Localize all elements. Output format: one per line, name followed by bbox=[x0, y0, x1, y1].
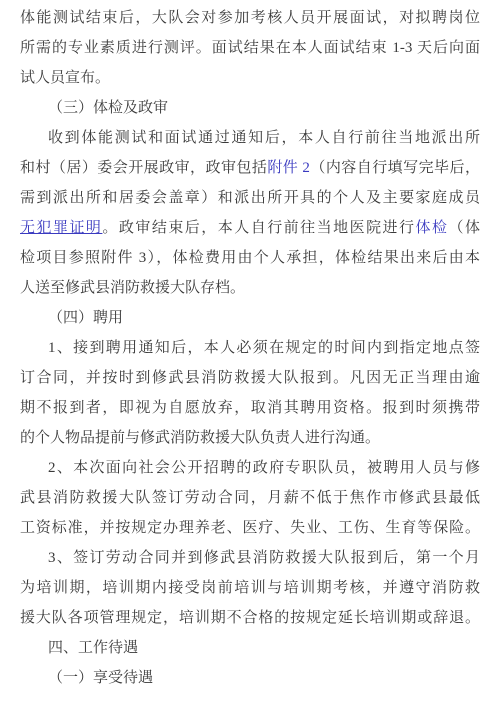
text-run: 的个人物品提前与修武消防救援大队负责人进行沟通。 bbox=[20, 430, 380, 446]
text-line: 和村（居）委会开展政审，政审包括附件 2（内容自行填写完毕后， bbox=[20, 153, 480, 183]
text-run: 检项目参照附件 3），体检费用由个人承担，体检结果出来后由本 bbox=[20, 250, 480, 266]
section-heading-employment: （四）聘用 bbox=[48, 310, 123, 326]
text-line: 检项目参照附件 3），体检费用由个人承担，体检结果出来后由本 bbox=[20, 243, 480, 273]
medical-exam-link[interactable]: 体检 bbox=[416, 220, 449, 236]
text-line: 无犯罪证明。政审结束后，本人自行前往当地医院进行体检（体 bbox=[20, 213, 480, 243]
text-line: 武县消防救援大队签订劳动合同，月薪不低于焦作市修武县最低 bbox=[20, 483, 480, 513]
text-line: 工资标准，并按规定办理养老、医疗、失业、工伤、生育等保险。 bbox=[20, 513, 480, 543]
text-line: 所需的专业素质进行测评。面试结果在本人面试结束 1-3 天后向面 bbox=[20, 33, 480, 63]
text-line: 1、接到聘用通知后，本人必须在规定的时间内到指定地点签 bbox=[20, 333, 480, 363]
text-run: 1、接到聘用通知后，本人必须在规定的时间内到指定地点签 bbox=[48, 340, 480, 356]
section-heading-benefits-enjoyed: （一）享受待遇 bbox=[48, 670, 153, 686]
text-line: 试人员宣布。 bbox=[20, 63, 480, 93]
document-body: 体能测试结束后，大队会对参加考核人员开展面试，对拟聘岗位所需的专业素质进行测评。… bbox=[20, 3, 480, 693]
text-run: 3、签订劳动合同并到修武县消防救援大队报到后，第一个月 bbox=[48, 550, 480, 566]
text-line: 体能测试结束后，大队会对参加考核人员开展面试，对拟聘岗位 bbox=[20, 3, 480, 33]
text-line: 援大队各项管理规定，培训期不合格的按规定延长培训期或辞退。 bbox=[20, 603, 480, 633]
text-line: （三）体检及政审 bbox=[20, 93, 480, 123]
text-line: 期不报到者，即视为自愿放弃，取消其聘用资格。报到时须携带 bbox=[20, 393, 480, 423]
text-run: 所需的专业素质进行测评。面试结果在本人面试结束 1-3 天后向面 bbox=[20, 40, 480, 56]
text-line: 2、本次面向社会公开招聘的政府专职队员，被聘用人员与修 bbox=[20, 453, 480, 483]
text-line: 为培训期，培训期内接受岗前培训与培训期考核，并遵守消防救 bbox=[20, 573, 480, 603]
text-run: 援大队各项管理规定，培训期不合格的按规定延长培训期或辞退。 bbox=[20, 610, 480, 626]
text-run: 为培训期，培训期内接受岗前培训与培训期考核，并遵守消防救 bbox=[20, 580, 480, 596]
text-run: （体 bbox=[448, 220, 479, 236]
text-run: （内容自行填写完毕后， bbox=[310, 160, 480, 176]
text-run: 武县消防救援大队签订劳动合同，月薪不低于焦作市修武县最低 bbox=[20, 490, 480, 506]
text-run: 。政审结束后，本人自行前往当地医院进行 bbox=[102, 220, 415, 236]
chapter-heading-work-benefits: 四、工作待遇 bbox=[48, 640, 138, 656]
text-run: 人送至修武县消防救援大队存档。 bbox=[20, 280, 245, 296]
text-run: 和村（居）委会开展政审，政审包括 bbox=[20, 160, 267, 176]
text-run: 2、本次面向社会公开招聘的政府专职队员，被聘用人员与修 bbox=[48, 460, 480, 476]
text-run: 体能测试结束后，大队会对参加考核人员开展面试，对拟聘岗位 bbox=[20, 10, 480, 26]
text-line: 四、工作待遇 bbox=[20, 633, 480, 663]
text-line: （四）聘用 bbox=[20, 303, 480, 333]
section-heading-physical-exam-and-political-review: （三）体检及政审 bbox=[48, 100, 168, 116]
text-run: 期不报到者，即视为自愿放弃，取消其聘用资格。报到时须携带 bbox=[20, 400, 480, 416]
text-line: 需到派出所和居委会盖章）和派出所开具的个人及主要家庭成员 bbox=[20, 183, 480, 213]
text-line: 收到体能测试和面试通过通知后，本人自行前往当地派出所 bbox=[20, 123, 480, 153]
text-run: 收到体能测试和面试通过通知后，本人自行前往当地派出所 bbox=[48, 130, 480, 146]
text-run: 试人员宣布。 bbox=[20, 70, 110, 86]
text-run: 订合同，并按时到修武县消防救援大队报到。凡因无正当理由逾 bbox=[20, 370, 480, 386]
text-line: 人送至修武县消防救援大队存档。 bbox=[20, 273, 480, 303]
text-line: 3、签订劳动合同并到修武县消防救援大队报到后，第一个月 bbox=[20, 543, 480, 573]
text-line: 的个人物品提前与修武消防救援大队负责人进行沟通。 bbox=[20, 423, 480, 453]
text-run: 工资标准，并按规定办理养老、医疗、失业、工伤、生育等保险。 bbox=[20, 520, 480, 536]
text-run: 需到派出所和居委会盖章）和派出所开具的个人及主要家庭成员 bbox=[20, 190, 480, 206]
text-line: （一）享受待遇 bbox=[20, 663, 480, 693]
document-page: 体能测试结束后，大队会对参加考核人员开展面试，对拟聘岗位所需的专业素质进行测评。… bbox=[0, 0, 500, 703]
attachment-2-link[interactable]: 附件 2 bbox=[267, 160, 310, 176]
no-crime-certificate-link[interactable]: 无犯罪证明 bbox=[20, 220, 102, 236]
text-line: 订合同，并按时到修武县消防救援大队报到。凡因无正当理由逾 bbox=[20, 363, 480, 393]
